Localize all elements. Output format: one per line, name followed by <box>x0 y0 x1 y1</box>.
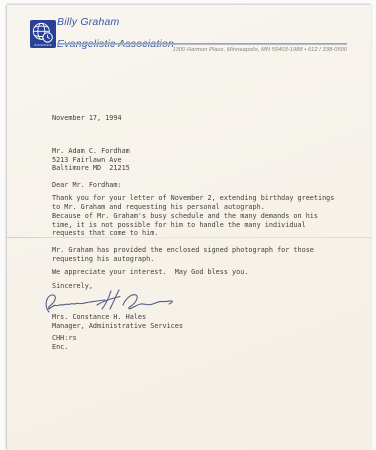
signer-name-title: Mrs. Constance H. Hales Manager, Adminis… <box>52 313 183 330</box>
body-paragraph-1: Thank you for your letter of November 2,… <box>52 194 334 211</box>
reference-initials-enclosure: CHH:rs Enc. <box>52 334 77 351</box>
org-line1: Billy Graham <box>57 16 120 28</box>
body-paragraph-2: Because of Mr. Graham's busy schedule an… <box>52 212 318 238</box>
letter-date: November 17, 1994 <box>52 114 122 123</box>
letterhead-rule <box>57 43 347 45</box>
body-paragraph-3: Mr. Graham has provided the enclosed sig… <box>52 246 314 263</box>
scanned-letter: Billy Graham Evangelistic Association 13… <box>7 5 371 450</box>
salutation: Dear Mr. Fordham: <box>52 181 122 190</box>
closing-line: We appreciate your interest. May God ble… <box>52 268 248 277</box>
recipient-address: Mr. Adam C. Fordham 5213 Fairlawn Ave Ba… <box>52 147 130 173</box>
letterhead-address: 1300 Harmon Place, Minneapolis, MN 55403… <box>57 47 347 53</box>
bgea-globe-clock-logo-icon <box>30 20 56 48</box>
organization-name: Billy Graham Evangelistic Association <box>57 17 174 50</box>
